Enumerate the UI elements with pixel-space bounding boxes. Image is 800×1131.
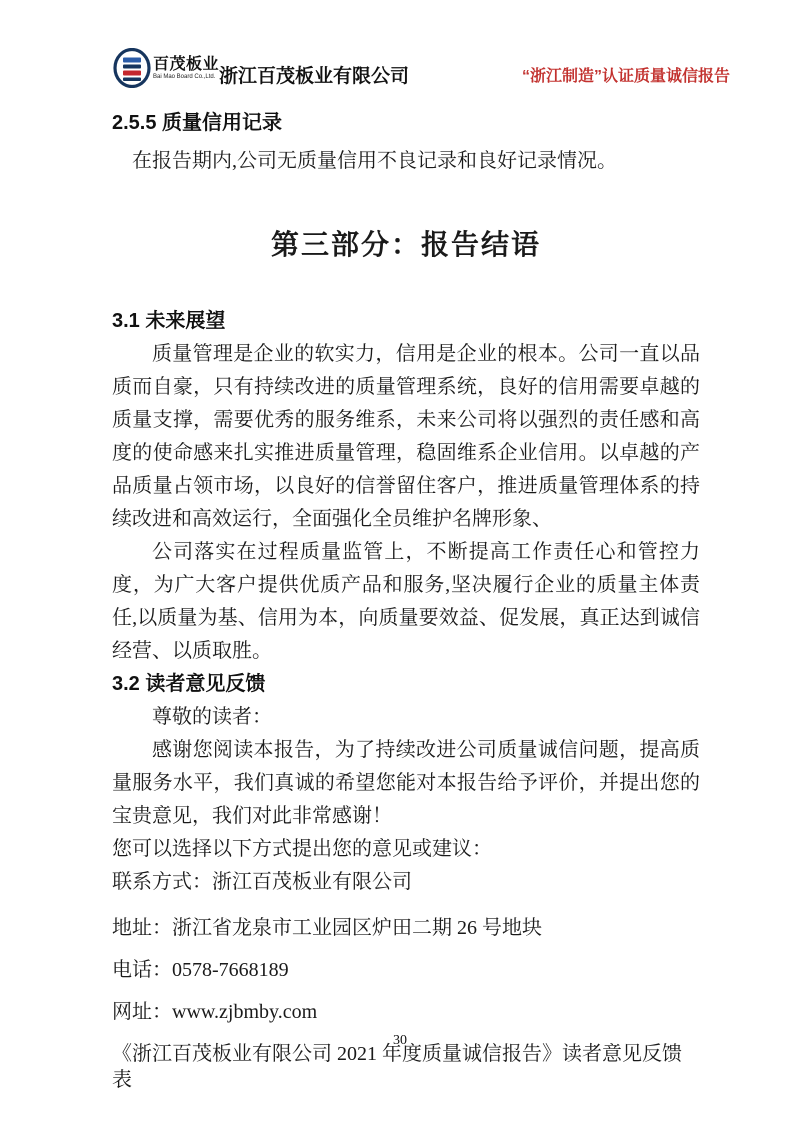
section-32-heading: 3.2 读者意见反馈 — [112, 668, 700, 701]
logo-text: 百茂板业 — [153, 57, 219, 73]
contact-block: 地址：浙江省龙泉市工业园区炉田二期 26 号地块 电话：0578-7668189… — [112, 915, 700, 1093]
section-255-body: 在报告期内,公司无质量信用不良记录和良好记录情况。 — [112, 148, 700, 174]
section-31-paragraph-1: 质量管理是企业的软实力，信用是企业的根本。公司一直以品质而自豪，只有持续改进的质… — [112, 338, 700, 536]
section-31-heading: 3.1 未来展望 — [112, 308, 700, 334]
report-type-title: “浙江制造”认证质量诚信报告 — [522, 63, 730, 88]
part3-title: 第三部分：报告结语 — [112, 226, 700, 266]
section-32-salutation: 尊敬的读者： — [112, 701, 700, 734]
page-number: 30 — [0, 1033, 800, 1049]
company-logo: 百茂板业 Bai Mao Board Co.,Ltd. — [113, 48, 219, 88]
section-255-heading: 2.5.5 质量信用记录 — [112, 110, 700, 136]
board-stack-circle-icon — [113, 48, 151, 88]
website-line: 网址：www.zjbmby.com — [112, 999, 700, 1025]
phone-line: 电话：0578-7668189 — [112, 957, 700, 983]
document-page: 百茂板业 Bai Mao Board Co.,Ltd. 浙江百茂板业有限公司 “… — [0, 0, 800, 1131]
section-32-options-line: 您可以选择以下方式提出您的意见或建议： — [112, 833, 700, 866]
company-name: 浙江百茂板业有限公司 — [219, 61, 409, 88]
section-31-paragraph-2: 公司落实在过程质量监管上，不断提高工作责任心和管控力度，为广大客户提供优质产品和… — [112, 536, 700, 668]
section-32-contact-line: 联系方式：浙江百茂板业有限公司 — [112, 866, 700, 899]
address-line: 地址：浙江省龙泉市工业园区炉田二期 26 号地块 — [112, 915, 700, 941]
page-header: 百茂板业 Bai Mao Board Co.,Ltd. 浙江百茂板业有限公司 “… — [0, 0, 800, 88]
document-content: 2.5.5 质量信用记录 在报告期内,公司无质量信用不良记录和良好记录情况。 第… — [0, 110, 800, 1093]
section-32-paragraph: 感谢您阅读本报告，为了持续改进公司质量诚信问题，提高质量服务水平，我们真诚的希望… — [112, 734, 700, 833]
logo-text-block: 百茂板业 Bai Mao Board Co.,Ltd. — [153, 57, 219, 80]
logo-subtext: Bai Mao Board Co.,Ltd. — [153, 74, 219, 80]
